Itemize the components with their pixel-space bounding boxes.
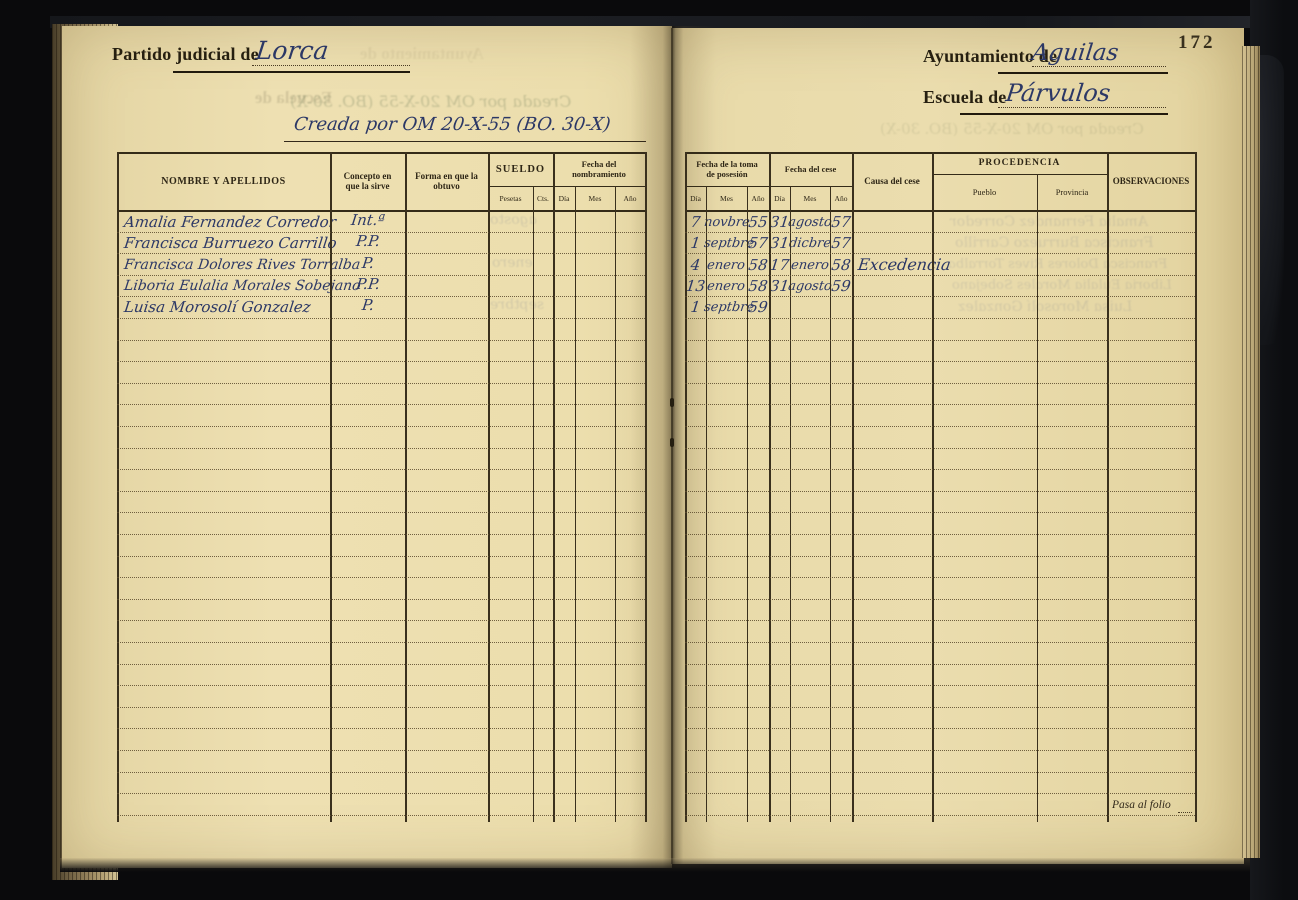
col-header-toma-posesion: Fecha de la toma de posesión — [685, 152, 769, 186]
table-row-line — [685, 685, 1195, 686]
row-posesion-mes: septbre — [703, 297, 750, 318]
table-row-line — [117, 512, 645, 513]
row-cese-ano: 58 — [829, 255, 854, 276]
col-header-observaciones: OBSERVACIONES — [1107, 152, 1195, 210]
table-row-line — [117, 469, 645, 470]
escuela-value-handwritten: Párvulos — [1004, 79, 1112, 107]
table-row-line — [117, 728, 645, 729]
partido-fill-line — [252, 65, 410, 66]
col-header-ano: Año — [615, 186, 645, 210]
col-header-ano: Año — [747, 186, 769, 210]
row-concepto: P. — [332, 295, 405, 316]
ayuntamiento-fill-line — [1032, 66, 1166, 67]
table-row-line — [685, 469, 1195, 470]
col-header-provincia: Provincia — [1037, 174, 1107, 210]
row-posesion-ano: 57 — [746, 233, 771, 254]
col-header-ano: Año — [830, 186, 852, 210]
table-border-line — [830, 186, 831, 822]
table-row-line — [117, 296, 645, 297]
table-row-line — [685, 815, 1195, 816]
col-header-dia: Día — [553, 186, 575, 210]
table-row-line — [117, 577, 645, 578]
row-cese-ano: 57 — [829, 233, 854, 254]
table-row-line — [117, 815, 645, 816]
col-header-nombre: NOMBRE Y APELLIDOS — [117, 152, 330, 210]
binding-stitch — [670, 438, 674, 447]
row-concepto: Int.ª — [332, 210, 405, 231]
table-row-line — [685, 577, 1195, 578]
col-header-fecha-nombramiento: Fecha del nombramiento — [553, 152, 645, 186]
table-row-line — [117, 793, 645, 794]
table-row-line — [117, 232, 645, 233]
table-row-line — [685, 772, 1195, 773]
table-row-line — [117, 599, 645, 600]
row-posesion-ano: 58 — [746, 255, 771, 276]
row-name: Amalia Fernandez Corredor — [123, 212, 337, 233]
row-posesion-mes: septbre — [703, 233, 750, 254]
binding-stitch — [670, 398, 674, 407]
table-border-line — [117, 210, 645, 212]
col-header-pueblo: Pueblo — [932, 174, 1037, 210]
table-row-line — [117, 491, 645, 492]
annotation-underline — [284, 141, 646, 142]
table-row-line — [117, 318, 645, 319]
escuela-fill-line — [998, 107, 1166, 108]
table-row-line — [685, 534, 1195, 535]
table-border-line — [117, 152, 645, 154]
row-cese-mes: enero — [787, 255, 834, 276]
table-row-line — [117, 642, 645, 643]
partido-value-handwritten: Lorca — [254, 36, 330, 65]
creation-annotation-handwritten: Creada por OM 20-X-55 (BO. 30-X) — [293, 114, 612, 135]
row-posesion-mes: novbre — [703, 212, 750, 233]
table-row-line — [117, 707, 645, 708]
right-page-stack-edge — [1242, 46, 1260, 858]
table-row-line — [117, 404, 645, 405]
row-concepto: P.P. — [332, 274, 405, 295]
col-header-dia: Día — [685, 186, 706, 210]
table-border-line — [706, 186, 707, 822]
table-border-line — [932, 174, 1107, 175]
scanned-ledger-spread: Partido judicial de Lorca Ayuntamiento d… — [0, 0, 1298, 900]
row-cese-ano: 59 — [829, 276, 854, 297]
partido-underline — [173, 71, 410, 73]
col-header-causa: Causa del cese — [852, 152, 932, 210]
col-header-procedencia: PROCEDENCIA — [932, 152, 1107, 174]
table-row-line — [685, 275, 1195, 276]
table-border-line — [1195, 152, 1197, 822]
table-row-line — [685, 728, 1195, 729]
table-border-line — [575, 186, 576, 822]
table-row-line — [117, 340, 645, 341]
row-name: Francisca Dolores Rives Torralba — [123, 255, 362, 276]
row-cese-mes: agosto — [787, 212, 834, 233]
pasa-al-folio-label: Pasa al folio — [1112, 799, 1171, 811]
table-row-line — [685, 448, 1195, 449]
table-border-line — [645, 152, 647, 822]
table-row-line — [117, 448, 645, 449]
table-row-line — [117, 620, 645, 621]
col-header-cts: Cts. — [533, 186, 553, 210]
partido-judicial-label: Partido judicial de — [112, 44, 259, 65]
row-concepto: P. — [332, 253, 405, 274]
table-row-line — [117, 275, 645, 276]
row-causa-cese: Excedencia — [857, 254, 952, 275]
col-header-mes: Mes — [575, 186, 615, 210]
col-header-sueldo: SUELDO — [488, 152, 553, 186]
table-row-line — [685, 793, 1195, 794]
row-name: Luisa Morosolí Gonzalez — [123, 297, 312, 318]
table-row-line — [117, 383, 645, 384]
col-header-concepto: Concepto en que la sirve — [331, 152, 404, 210]
table-row-line — [685, 491, 1195, 492]
table-border-line — [1037, 174, 1038, 822]
table-row-line — [117, 361, 645, 362]
table-row-line — [685, 253, 1195, 254]
table-border-line — [790, 186, 791, 822]
table-row-line — [117, 685, 645, 686]
table-row-line — [685, 296, 1195, 297]
ayuntamiento-value-handwritten: Aguilas — [1030, 40, 1120, 66]
table-row-line — [685, 750, 1195, 751]
table-row-line — [685, 707, 1195, 708]
table-row-line — [685, 340, 1195, 341]
table-border-line — [488, 186, 645, 187]
table-row-line — [685, 620, 1195, 621]
col-header-mes: Mes — [706, 186, 747, 210]
table-border-line — [747, 186, 748, 822]
col-header-mes: Mes — [790, 186, 830, 210]
table-border-line — [685, 210, 1195, 212]
table-row-line — [685, 599, 1195, 600]
table-row-line — [685, 318, 1195, 319]
row-posesion-ano: 58 — [746, 276, 771, 297]
table-border-line — [685, 152, 1195, 154]
table-row-line — [685, 556, 1195, 557]
table-border-line — [533, 186, 534, 822]
table-row-line — [685, 512, 1195, 513]
row-posesion-ano: 55 — [746, 212, 771, 233]
col-header-dia: Día — [769, 186, 790, 210]
page-bottom-shadow — [60, 858, 1250, 872]
table-row-line — [685, 361, 1195, 362]
row-concepto: P.P. — [332, 231, 405, 252]
col-header-forma: Forma en que la obtuvo — [406, 152, 487, 210]
escuela-label: Escuela de — [923, 87, 1007, 108]
table-row-line — [685, 383, 1195, 384]
row-name: Liboria Eulalia Morales Sobejano — [123, 276, 362, 297]
row-cese-mes: agosto — [787, 276, 834, 297]
table-row-line — [685, 642, 1195, 643]
folio-page-number: 172 — [1178, 32, 1216, 54]
col-header-pesetas: Pesetas — [488, 186, 533, 210]
row-posesion-ano: 59 — [746, 297, 771, 318]
escuela-underline — [960, 113, 1168, 115]
pasa-al-folio-fill-line — [1178, 812, 1192, 813]
row-posesion-mes: enero — [703, 276, 750, 297]
row-cese-ano: 57 — [829, 212, 854, 233]
table-row-line — [117, 772, 645, 773]
row-cese-mes: dicbre — [787, 233, 834, 254]
ayuntamiento-underline — [998, 72, 1168, 74]
table-row-line — [117, 534, 645, 535]
table-border-line — [615, 186, 616, 822]
table-row-line — [685, 404, 1195, 405]
row-posesion-mes: enero — [703, 255, 750, 276]
table-row-line — [117, 253, 645, 254]
row-name: Francisca Burruezo Carrillo — [123, 233, 338, 254]
table-row-line — [117, 556, 645, 557]
col-header-fecha-cese: Fecha del cese — [769, 152, 852, 186]
table-row-line — [685, 232, 1195, 233]
table-row-line — [685, 664, 1195, 665]
table-row-line — [685, 426, 1195, 427]
table-row-line — [117, 426, 645, 427]
table-row-line — [117, 664, 645, 665]
table-row-line — [117, 750, 645, 751]
